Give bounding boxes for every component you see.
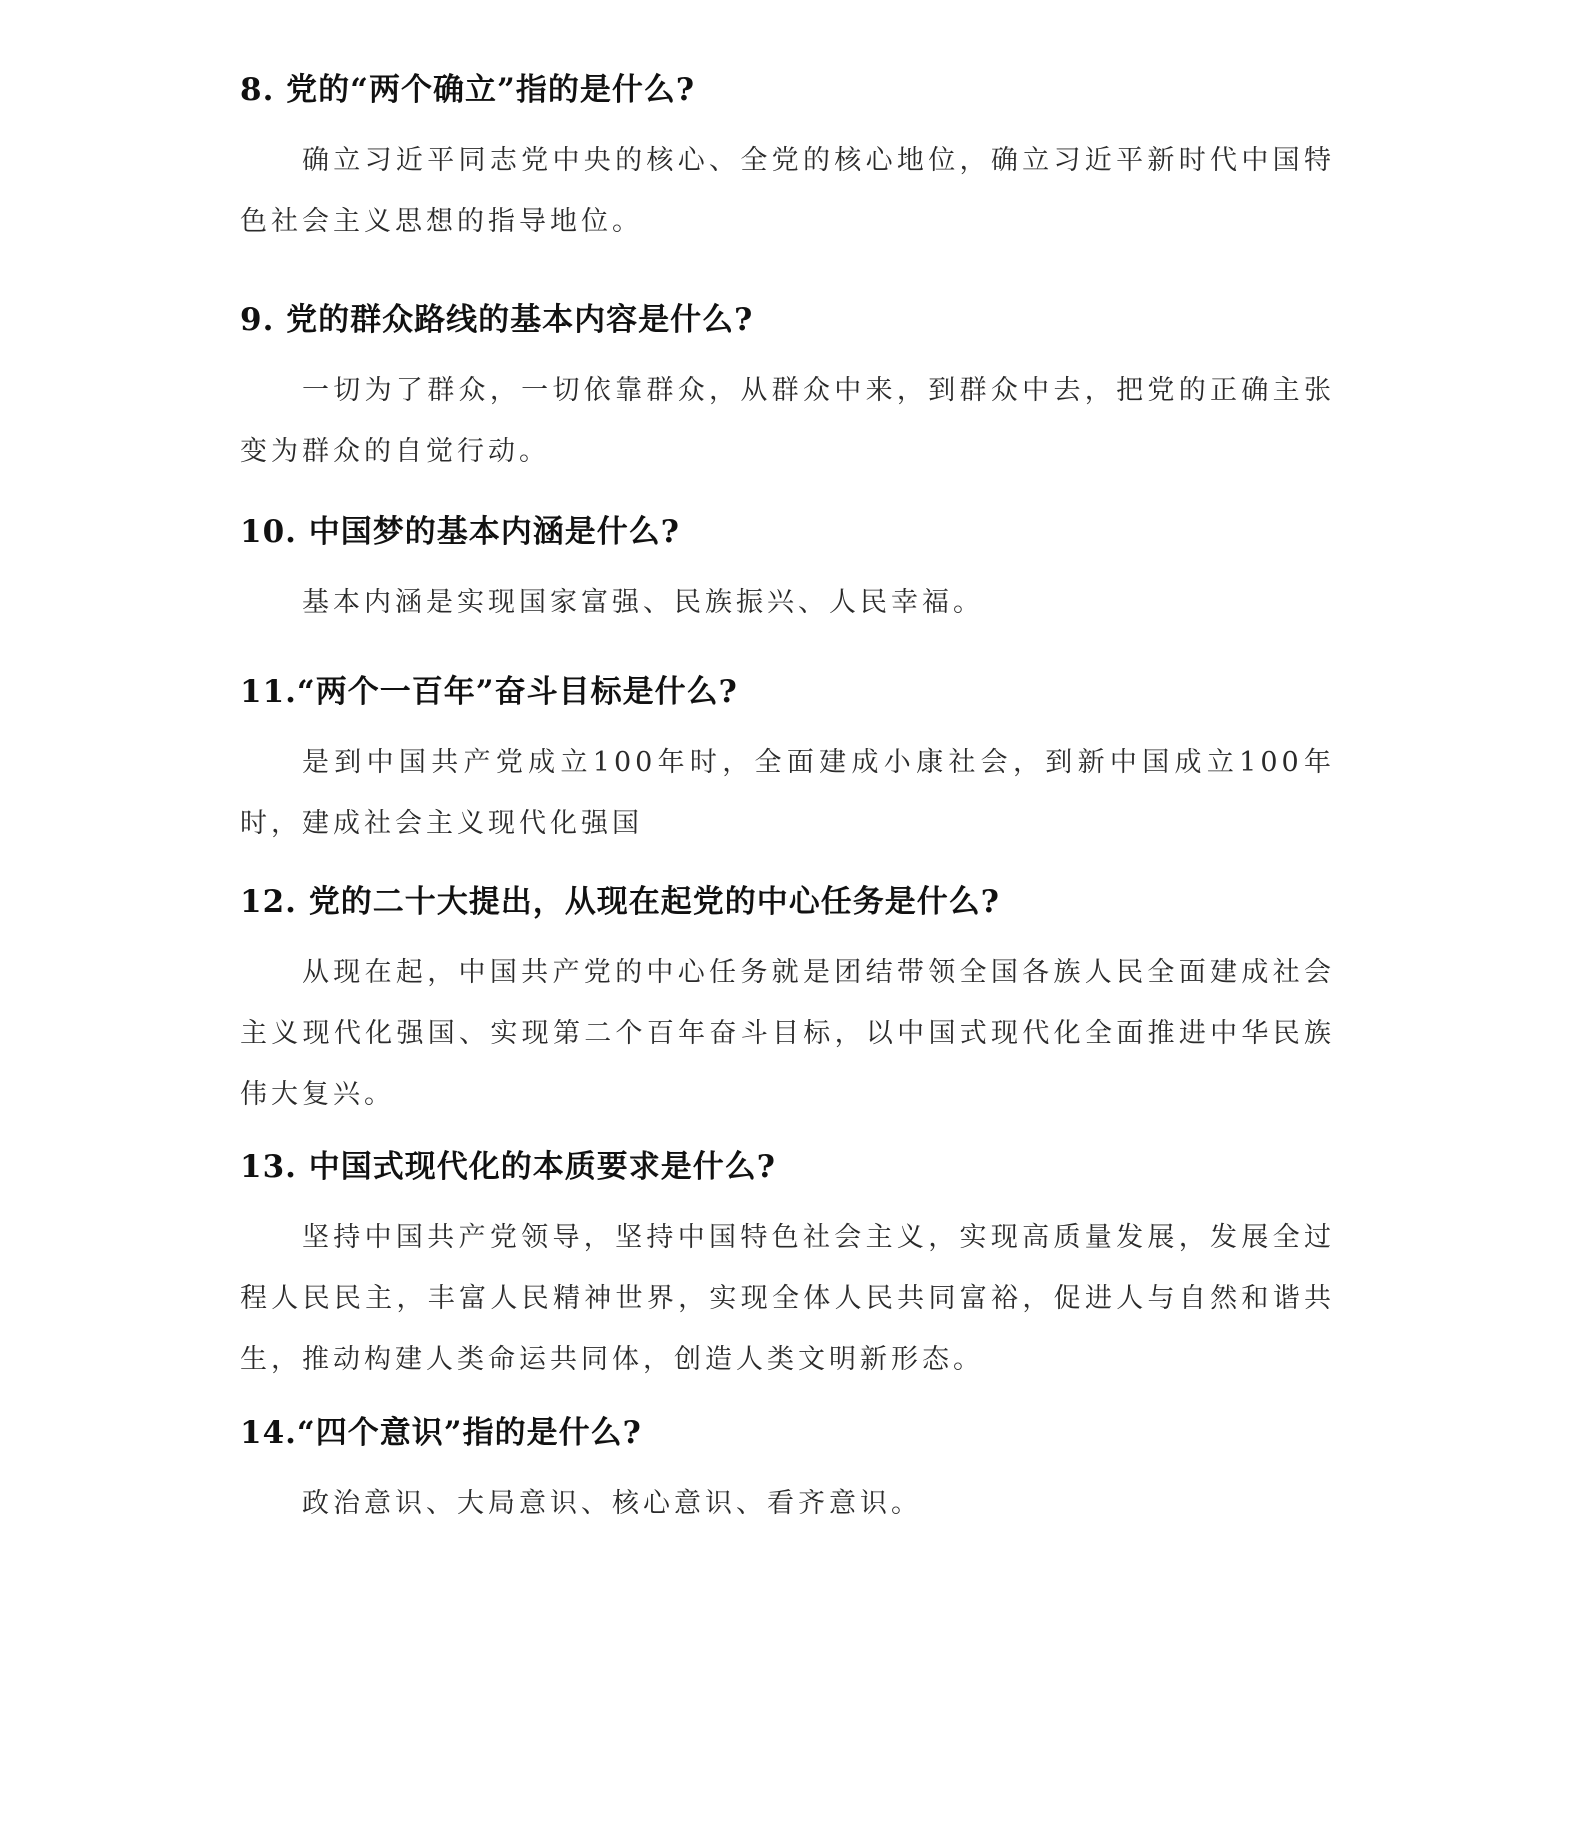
qa-item-10: 10. 中国梦的基本内涵是什么? 基本内涵是实现国家富强、民族振兴、人民幸福。 [240,512,1335,633]
qa-item-9: 9. 党的群众路线的基本内容是什么? 一切为了群众，一切依靠群众，从群众中来，到… [240,300,1335,482]
answer-text: 一切为了群众，一切依靠群众，从群众中来，到群众中去，把党的正确主张变为群众的自觉… [240,360,1335,482]
qa-item-14: 14.“四个意识”指的是什么? 政治意识、大局意识、核心意识、看齐意识。 [240,1413,1335,1534]
question-heading: 14.“四个意识”指的是什么? [240,1413,1335,1453]
question-heading: 12. 党的二十大提出，从现在起党的中心任务是什么? [240,882,1335,922]
qa-item-11: 11.“两个一百年”奋斗目标是什么? 是到中国共产党成立100年时，全面建成小康… [240,672,1335,854]
answer-text: 从现在起，中国共产党的中心任务就是团结带领全国各族人民全面建成社会主义现代化强国… [240,942,1335,1125]
question-heading: 8. 党的“两个确立”指的是什么? [240,70,1335,110]
question-heading: 13. 中国式现代化的本质要求是什么? [240,1147,1335,1187]
question-heading: 11.“两个一百年”奋斗目标是什么? [240,672,1335,712]
answer-text: 确立习近平同志党中央的核心、全党的核心地位，确立习近平新时代中国特色社会主义思想… [240,130,1335,252]
answer-text: 基本内涵是实现国家富强、民族振兴、人民幸福。 [240,572,1335,633]
question-heading: 10. 中国梦的基本内涵是什么? [240,512,1335,552]
answer-text: 坚持中国共产党领导，坚持中国特色社会主义，实现高质量发展，发展全过程人民民主，丰… [240,1207,1335,1390]
answer-text: 是到中国共产党成立100年时，全面建成小康社会，到新中国成立100年时，建成社会… [240,732,1335,854]
qa-item-8: 8. 党的“两个确立”指的是什么? 确立习近平同志党中央的核心、全党的核心地位，… [240,70,1335,252]
qa-item-12: 12. 党的二十大提出，从现在起党的中心任务是什么? 从现在起，中国共产党的中心… [240,882,1335,1125]
qa-item-13: 13. 中国式现代化的本质要求是什么? 坚持中国共产党领导，坚持中国特色社会主义… [240,1147,1335,1390]
answer-text: 政治意识、大局意识、核心意识、看齐意识。 [240,1473,1335,1534]
question-heading: 9. 党的群众路线的基本内容是什么? [240,300,1335,340]
